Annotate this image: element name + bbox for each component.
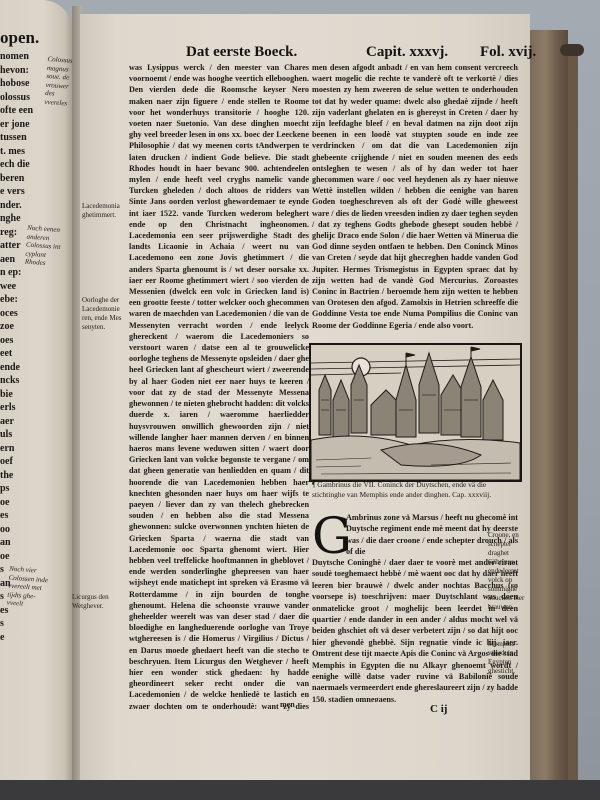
city-woodcut-icon bbox=[311, 345, 520, 480]
table-surface bbox=[0, 780, 600, 800]
woodcut-illustration bbox=[309, 343, 522, 482]
left-text-line: ofte een bbox=[0, 104, 36, 118]
left-text-line: wee bbox=[0, 280, 36, 294]
headband bbox=[560, 44, 584, 56]
margin-note-oorloghe: Oorloghe der Lacedemonie ren, ende Mes s… bbox=[82, 296, 126, 332]
paragraph: was Lysippus werck / den meester van Cha… bbox=[129, 62, 309, 712]
left-text-line: ech die bbox=[0, 158, 36, 172]
running-head-title: Dat eerste Boeck. bbox=[186, 44, 297, 61]
book-cover-edge bbox=[568, 48, 578, 782]
text-column-left: was Lysippus werck / den meester van Cha… bbox=[129, 62, 309, 712]
left-text-line: oe bbox=[0, 496, 36, 510]
left-text-line: t. mes bbox=[0, 145, 36, 159]
left-text-line: beren bbox=[0, 172, 36, 186]
left-text-line: n ep: bbox=[0, 266, 36, 280]
left-text-line: s bbox=[0, 617, 36, 631]
left-text-line: nder. bbox=[0, 199, 36, 213]
left-text-line: e vers bbox=[0, 185, 36, 199]
left-text-line: ende bbox=[0, 361, 36, 375]
left-text-line: bie bbox=[0, 388, 36, 402]
left-text-line: ebe: bbox=[0, 293, 36, 307]
left-text-line: e bbox=[0, 631, 36, 645]
left-text-line: nomen bbox=[0, 50, 36, 64]
left-margin-note: Noch vier Colossen inde vvereelt met tij… bbox=[7, 565, 50, 610]
left-page-title-fragment: open. bbox=[0, 28, 39, 48]
signature-mark: C ij bbox=[430, 703, 447, 715]
left-text-line: the bbox=[0, 469, 36, 483]
fore-edge bbox=[530, 30, 568, 782]
left-text-line: olossus bbox=[0, 91, 36, 105]
left-text-line: ps bbox=[0, 482, 36, 496]
left-text-line: ern bbox=[0, 442, 36, 456]
left-text-line: eet bbox=[0, 347, 36, 361]
left-page: open. nomenhevon:hoboseolossusofte eener… bbox=[0, 0, 72, 800]
running-head-chapter: Capit. xxxvj. bbox=[366, 44, 448, 61]
margin-note-memphis: Memphis vvordt in Egypten ghesticht. bbox=[488, 640, 528, 676]
left-text-line: hevon: bbox=[0, 64, 36, 78]
margin-note-croone: Croone, en schepter draghet Gäbrinus, en… bbox=[488, 531, 528, 612]
left-text-line: oces bbox=[0, 307, 36, 321]
left-text-line: oo bbox=[0, 523, 36, 537]
left-text-line: er jone bbox=[0, 118, 36, 132]
left-text-line: zoe bbox=[0, 320, 36, 334]
margin-note-lacedemonia: Lacedemonia ghetimmert. bbox=[82, 202, 126, 220]
left-text-line: ncks bbox=[0, 374, 36, 388]
left-text-line: oe bbox=[0, 550, 36, 564]
left-text-line: uls bbox=[0, 428, 36, 442]
woodcut-caption: ¶ Gambrinus die VII. Coninck der Duytsch… bbox=[312, 480, 518, 500]
left-text-line: an bbox=[0, 536, 36, 550]
left-text-line: tussen bbox=[0, 131, 36, 145]
catchword: men bbox=[280, 700, 295, 709]
margin-note-licurgus: Licurgus den Wetghever. bbox=[72, 593, 120, 611]
left-text-line: hobose bbox=[0, 77, 36, 91]
running-head-folio: Fol. xvij. bbox=[480, 44, 536, 61]
left-text-line: oef bbox=[0, 455, 36, 469]
left-page-text-fragments: nomenhevon:hoboseolossusofte eener jonet… bbox=[0, 50, 36, 644]
text-column-right-top: men desen afgodt anbadt / en van hem con… bbox=[312, 62, 518, 344]
left-text-line: es bbox=[0, 509, 36, 523]
left-text-line: oes bbox=[0, 334, 36, 348]
paragraph: men desen afgodt anbadt / en van hem con… bbox=[312, 62, 518, 331]
left-margin-note: Noch eenen anderen Colossus int cyplant … bbox=[25, 224, 68, 269]
left-text-line: erls bbox=[0, 401, 36, 415]
left-text-line: aer bbox=[0, 415, 36, 429]
